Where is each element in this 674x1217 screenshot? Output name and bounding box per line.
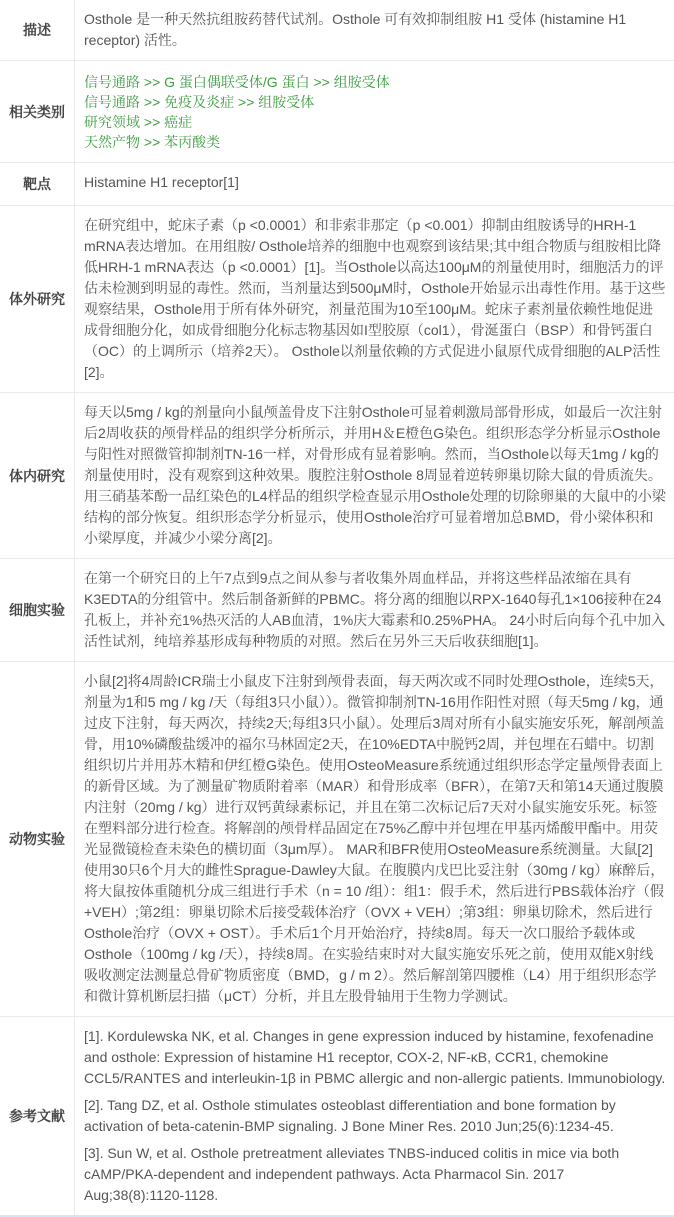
row-target: 靶点 Histamine H1 receptor[1] bbox=[0, 163, 674, 206]
row-label-description: 描述 bbox=[0, 0, 75, 60]
row-label-target: 靶点 bbox=[0, 163, 75, 205]
animal-experiment-cell: 小鼠[2]将4周龄ICR瑞士小鼠皮下注射到颅骨表面，每天两次或不同时处理Osth… bbox=[75, 662, 674, 1016]
row-label-in-vitro: 体外研究 bbox=[0, 206, 75, 392]
cell-assay-text: 在第一个研究日的上午7点到9点之间从参与者收集外周血样品，并将这些样品浓缩在具有… bbox=[84, 568, 666, 652]
target-cell: Histamine H1 receptor[1] bbox=[75, 163, 674, 205]
animal-experiment-text: 小鼠[2]将4周龄ICR瑞士小鼠皮下注射到颅骨表面，每天两次或不同时处理Osth… bbox=[84, 671, 666, 1007]
row-description: 描述 Osthole 是一种天然抗组胺药替代试剂。Osthole 可有效抑制组胺… bbox=[0, 0, 674, 61]
reference-item-3: [3]. Sun W, et al. Osthole pretreatment … bbox=[84, 1143, 666, 1206]
row-label-in-vivo: 体内研究 bbox=[0, 393, 75, 558]
target-text: Histamine H1 receptor[1] bbox=[84, 172, 666, 193]
row-label-cell-assay: 细胞实验 bbox=[0, 559, 75, 661]
row-in-vitro: 体外研究 在研究组中，蛇床子素（p <0.0001）和非索非那定（p <0.00… bbox=[0, 206, 674, 393]
row-label-animal-experiment: 动物实验 bbox=[0, 662, 75, 1016]
description-cell: Osthole 是一种天然抗组胺药替代试剂。Osthole 可有效抑制组胺 H1… bbox=[75, 0, 674, 60]
row-related-categories: 相关类别 信号通路 >> G 蛋白偶联受体/G 蛋白 >> 组胺受体 信号通路 … bbox=[0, 61, 674, 163]
in-vivo-cell: 每天以5mg / kg的剂量向小鼠颅盖骨皮下注射Osthole可显着刺激局部骨形… bbox=[75, 393, 674, 558]
related-categories-cell: 信号通路 >> G 蛋白偶联受体/G 蛋白 >> 组胺受体 信号通路 >> 免疫… bbox=[75, 61, 674, 162]
category-link-phenylpropanoids[interactable]: 天然产物 >> 苯丙酸类 bbox=[84, 133, 666, 152]
reference-item-1: [1]. Kordulewska NK, et al. Changes in g… bbox=[84, 1026, 666, 1089]
description-text: Osthole 是一种天然抗组胺药替代试剂。Osthole 可有效抑制组胺 H1… bbox=[84, 9, 666, 51]
row-animal-experiment: 动物实验 小鼠[2]将4周龄ICR瑞士小鼠皮下注射到颅骨表面，每天两次或不同时处… bbox=[0, 662, 674, 1017]
row-label-references: 参考文献 bbox=[0, 1017, 75, 1215]
in-vitro-text: 在研究组中，蛇床子素（p <0.0001）和非索非那定（p <0.001）抑制由… bbox=[84, 215, 666, 383]
category-link-immunology-histamine[interactable]: 信号通路 >> 免疫及炎症 >> 组胺受体 bbox=[84, 93, 666, 112]
references-cell: [1]. Kordulewska NK, et al. Changes in g… bbox=[75, 1017, 674, 1215]
category-link-gpcr-histamine[interactable]: 信号通路 >> G 蛋白偶联受体/G 蛋白 >> 组胺受体 bbox=[84, 73, 666, 92]
row-label-related-categories: 相关类别 bbox=[0, 61, 75, 162]
compound-info-table: 描述 Osthole 是一种天然抗组胺药替代试剂。Osthole 可有效抑制组胺… bbox=[0, 0, 674, 1217]
row-cell-assay: 细胞实验 在第一个研究日的上午7点到9点之间从参与者收集外周血样品，并将这些样品… bbox=[0, 559, 674, 662]
row-in-vivo: 体内研究 每天以5mg / kg的剂量向小鼠颅盖骨皮下注射Osthole可显着刺… bbox=[0, 393, 674, 559]
compound-detail-page: 描述 Osthole 是一种天然抗组胺药替代试剂。Osthole 可有效抑制组胺… bbox=[0, 0, 674, 1217]
category-link-cancer[interactable]: 研究领域 >> 癌症 bbox=[84, 113, 666, 132]
row-references: 参考文献 [1]. Kordulewska NK, et al. Changes… bbox=[0, 1017, 674, 1215]
cell-assay-cell: 在第一个研究日的上午7点到9点之间从参与者收集外周血样品，并将这些样品浓缩在具有… bbox=[75, 559, 674, 661]
reference-item-2: [2]. Tang DZ, et al. Osthole stimulates … bbox=[84, 1095, 666, 1137]
in-vivo-text: 每天以5mg / kg的剂量向小鼠颅盖骨皮下注射Osthole可显着刺激局部骨形… bbox=[84, 402, 666, 549]
in-vitro-cell: 在研究组中，蛇床子素（p <0.0001）和非索非那定（p <0.001）抑制由… bbox=[75, 206, 674, 392]
